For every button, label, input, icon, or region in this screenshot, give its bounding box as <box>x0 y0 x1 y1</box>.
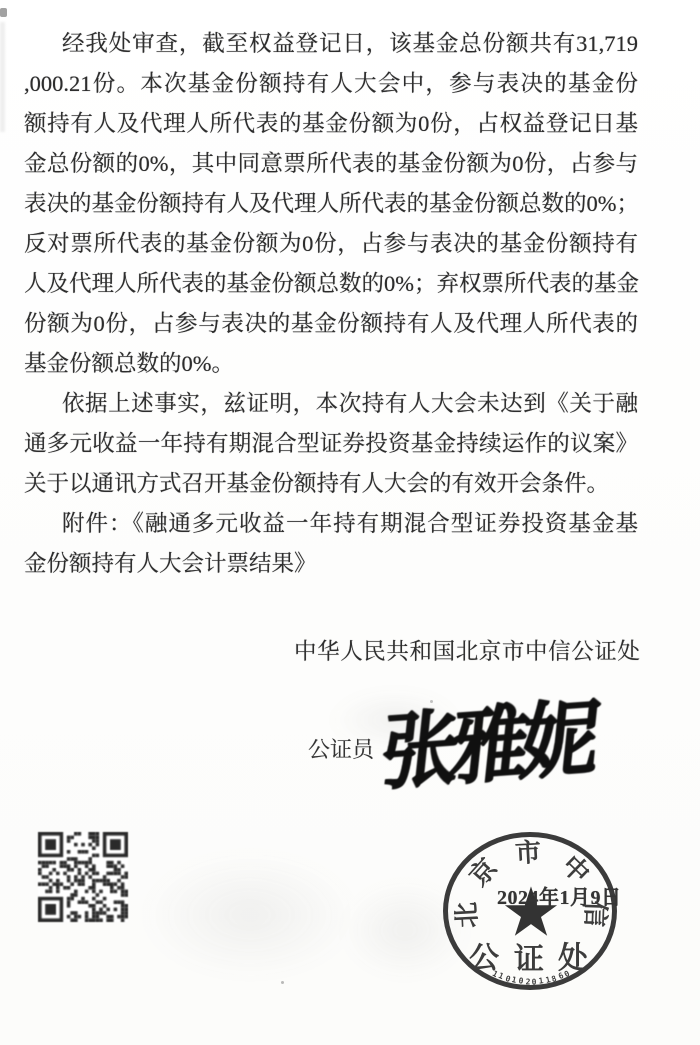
text-line: 金份额持有人大会计票结果》 <box>24 550 638 580</box>
seal-serial-digit: 1 <box>544 975 551 985</box>
seal-char: 证 <box>514 934 544 978</box>
scan-speck <box>0 8 7 17</box>
text-line: 金总份额的0%，其中同意票所代表的基金份额为0份，占参与 <box>24 150 638 180</box>
seal-serial-digit: 1 <box>491 969 499 979</box>
qr-code <box>38 832 128 922</box>
text-line: 通多元收益一年持有期混合型证券投资基金持续运作的议案》 <box>24 430 638 460</box>
scan-speck <box>281 981 284 984</box>
seal-serial-digit: 1 <box>497 971 505 981</box>
seal-char: 公 <box>469 933 499 977</box>
seal-serial-digit: 8 <box>551 974 558 984</box>
document-page: 经我处审查，截至权益登记日，该基金总份额共有31,719,000.21份。本次基… <box>0 0 700 1045</box>
text-line: 依据上述事实，兹证明，本次持有人大会未达到《关于融 <box>62 390 638 420</box>
text-line: ,000.21份。本次基金份额持有人大会中，参与表决的基金份 <box>24 70 638 100</box>
seal-serial-digit: 6 <box>557 971 565 981</box>
text-line: 关于以通讯方式召开基金份额持有人大会的有效开会条件。 <box>24 470 638 500</box>
seal-date: 2024年1月9日 <box>497 881 622 910</box>
seal-serial-digit: 0 <box>562 969 570 979</box>
seal-serial-digit: 0 <box>532 977 537 986</box>
smudge-artifact <box>330 690 460 750</box>
seal-char: 京 <box>459 849 504 893</box>
seal-char: 市 <box>514 832 542 870</box>
text-line: 基金份额总数的0%。 <box>24 350 638 380</box>
seal-char: 处 <box>558 933 588 977</box>
seal-star-icon: ★ <box>501 879 562 947</box>
seal-serial-digit: 2 <box>525 977 530 986</box>
scan-speck <box>430 700 433 703</box>
seal-serial-digit: 0 <box>518 977 524 987</box>
text-line: 表决的基金份额持有人及代理人所代表的基金份额总数的0%； <box>24 190 638 220</box>
text-line: 附件：《融通多元收益一年持有期混合型证券投资基金基 <box>62 510 638 540</box>
seal-serial-digit: 1 <box>511 975 518 985</box>
seal-ring <box>443 832 617 990</box>
issuer-line: 中华人民共和国北京市中信公证处 <box>294 634 641 666</box>
seal-char: 信 <box>578 900 616 927</box>
text-line: 份额为0份，占参与表决的基金份额持有人及代理人所代表的 <box>24 310 638 340</box>
text-line: 经我处审查，截至权益登记日，该基金总份额共有31,719 <box>62 30 638 60</box>
smudge-artifact <box>340 880 470 980</box>
smudge-artifact <box>140 850 360 980</box>
seal-char: 中 <box>555 846 599 891</box>
seal-serial-digit: 0 <box>504 974 511 984</box>
seal-serial-digit: 1 <box>538 977 544 987</box>
text-line: 反对票所代表的基金份额为0份，占参与表决的基金份额持有 <box>24 230 638 260</box>
text-line: 额持有人及代理人所代表的基金份额为0份，占权益登记日基 <box>24 110 638 140</box>
text-line: 人及代理人所代表的基金份额总数的0%；弃权票所代表的基金 <box>24 270 638 300</box>
scan-edge-artifact <box>0 22 5 132</box>
